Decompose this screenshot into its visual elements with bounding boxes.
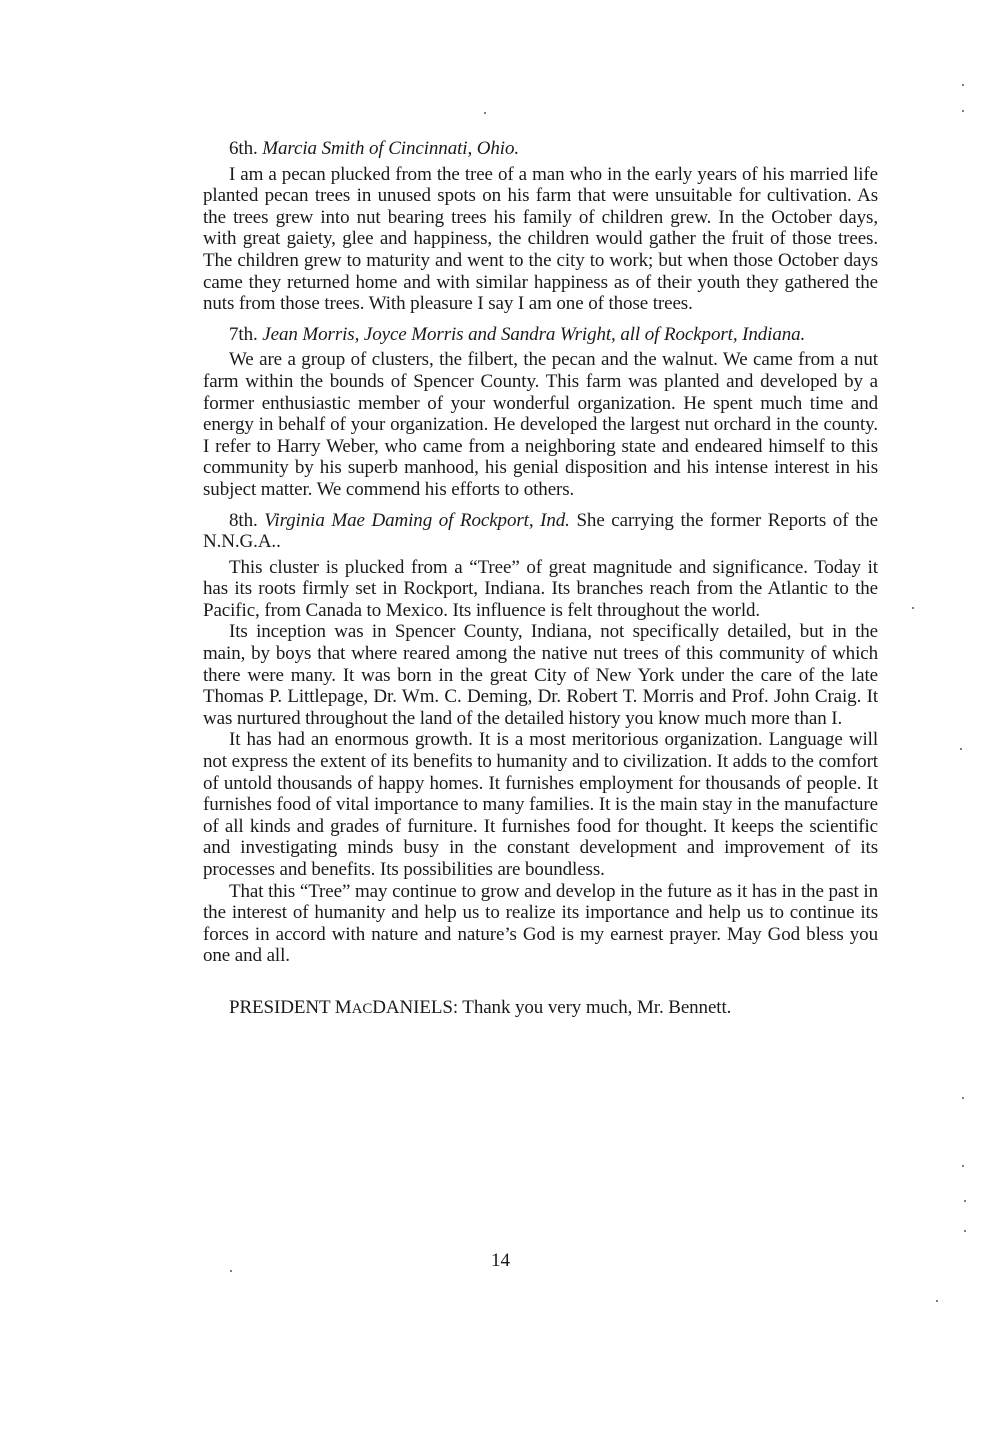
entry-names: Virginia Mae Daming of Rockport, Ind. [264,510,570,531]
speaker-prefix: PRESIDENT M [229,997,352,1018]
entry-ordinal: 6th. [229,138,258,159]
entry-paragraph: It has had an enormous growth. It is a m… [203,729,878,880]
entry-heading-7th: 7th. Jean Morris, Joyce Morris and Sandr… [203,324,878,346]
scan-speck [484,112,486,114]
closing-text: Thank you very much, Mr. Bennett. [458,997,731,1018]
scan-speck [936,1300,938,1302]
entry-ordinal: 8th. [229,510,258,531]
entry-names: Jean Morris, Joyce Morris and Sandra Wri… [262,324,805,345]
document-page: 6th. Marcia Smith of Cincinnati, Ohio. I… [203,138,878,1021]
scan-speck [912,607,914,609]
entry-names: Marcia Smith of Cincinnati, Ohio. [262,138,519,159]
entry-paragraph: Its inception was in Spencer County, Ind… [203,621,878,729]
scan-speck [962,84,964,86]
entry-heading-6th: 6th. Marcia Smith of Cincinnati, Ohio. [203,138,878,160]
entry-ordinal: 7th. [229,324,258,345]
speaker-name: PRESIDENT MACDANIELS: [229,997,458,1018]
speaker-smallcaps: AC [352,1001,373,1017]
scan-speck [964,1200,966,1202]
closing-remark: PRESIDENT MACDANIELS: Thank you very muc… [203,997,878,1021]
speaker-suffix: DANIELS: [372,997,458,1018]
scan-speck [962,110,964,112]
scan-speck [962,1097,964,1099]
entry-paragraph: This cluster is plucked from a “Tree” of… [203,557,878,622]
scan-speck [960,748,962,750]
entry-paragraph: I am a pecan plucked from the tree of a … [203,164,878,315]
scan-speck [962,1165,964,1167]
entry-paragraph: That this “Tree” may continue to grow an… [203,881,878,967]
scan-speck [964,1230,966,1232]
page-number: 14 [0,1250,1001,1272]
entry-heading-8th: 8th. Virginia Mae Daming of Rockport, In… [203,510,878,553]
scan-speck [230,1270,232,1272]
entry-paragraph: We are a group of clusters, the filbert,… [203,349,878,500]
